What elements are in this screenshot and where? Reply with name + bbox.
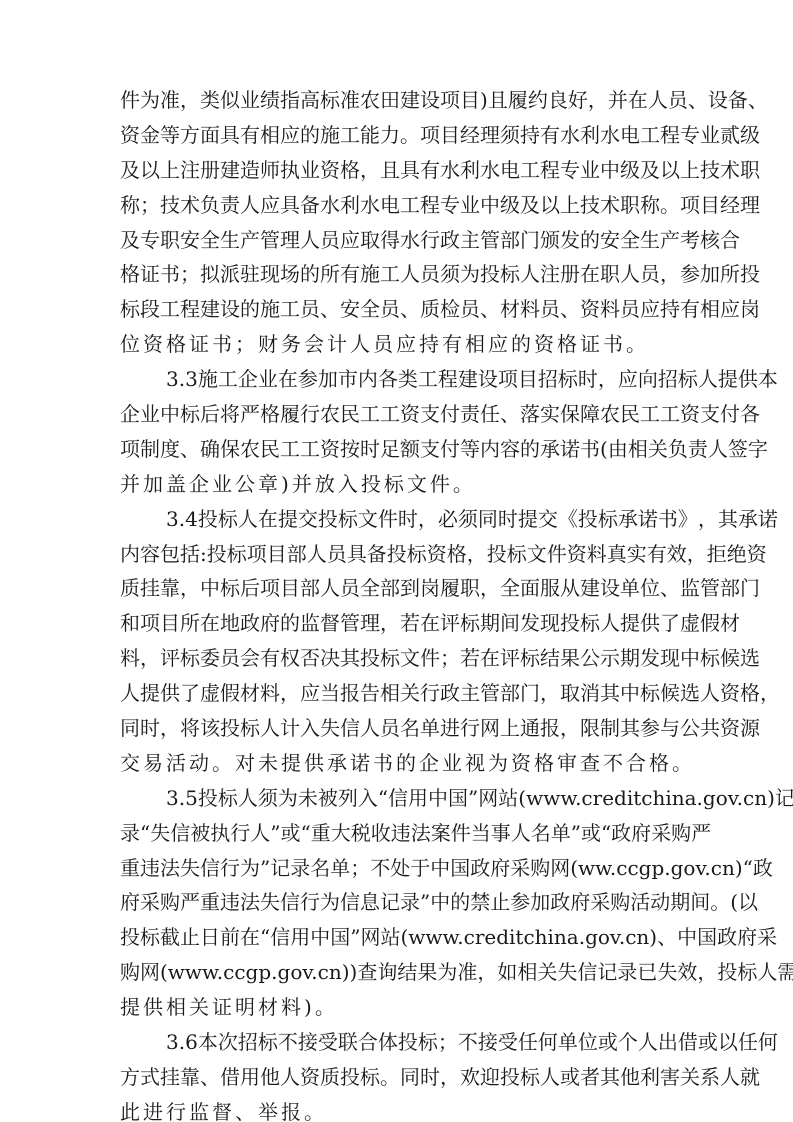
text-line: 3.4投标人在提交投标文件时，必须同时提交《投标承诺书》，其承诺 (120, 502, 673, 537)
document-body: 件为准，类似业绩指高标准农田建设项目)且履约良好，并在人员、设备、资金等方面具有… (120, 83, 673, 1122)
text-line: 企业中标后将严格履行农民工工资支付责任、落实保障农民工工资支付各 (120, 397, 673, 432)
document-page: 件为准，类似业绩指高标准农田建设项目)且履约良好，并在人员、设备、资金等方面具有… (0, 0, 793, 1122)
text-line: 投标截止日前在“信用中国”网站(www.creditchina.gov.cn)、… (120, 920, 673, 955)
text-line: 购网(www.ccgp.gov.cn))查询结果为准，如相关失信记录已失效，投标… (120, 955, 673, 990)
text-line: 内容包括:投标项目部人员具备投标资格，投标文件资料真实有效，拒绝资 (120, 537, 673, 572)
text-line: 及以上注册建造师执业资格，且具有水利水电工程专业中级及以上技术职 (120, 153, 673, 188)
text-line: 件为准，类似业绩指高标准农田建设项目)且履约良好，并在人员、设备、 (120, 83, 673, 118)
text-line: 3.6本次招标不接受联合体投标；不接受任何单位或个人出借或以任何 (120, 1025, 673, 1060)
text-line: 及专职安全生产管理人员应取得水行政主管部门颁发的安全生产考核合 (120, 223, 673, 258)
text-line: 项制度、确保农民工工资按时足额支付等内容的承诺书(由相关负责人签字 (120, 432, 673, 467)
text-line: 并加盖企业公章)并放入投标文件。 (120, 467, 673, 502)
text-line: 3.5投标人须为未被列入“信用中国”网站(www.creditchina.gov… (120, 781, 673, 816)
text-line: 府采购严重违法失信行为信息记录”中的禁止参加政府采购活动期间。(以 (120, 885, 673, 920)
paragraph-3-3: 3.3施工企业在参加市内各类工程建设项目招标时，应向招标人提供本企业中标后将严格… (120, 362, 673, 502)
paragraph-3-5: 3.5投标人须为未被列入“信用中国”网站(www.creditchina.gov… (120, 781, 673, 1025)
text-line: 质挂靠，中标后项目部人员全部到岗履职，全面服从建设单位、监管部门 (120, 571, 673, 606)
text-line: 同时，将该投标人计入失信人员名单进行网上通报，限制其参与公共资源 (120, 711, 673, 746)
text-line: 和项目所在地政府的监督管理，若在评标期间发现投标人提供了虚假材 (120, 606, 673, 641)
text-line: 称；技术负责人应具备水利水电工程专业中级及以上技术职称。项目经理 (120, 188, 673, 223)
text-line: 交易活动。对未提供承诺书的企业视为资格审查不合格。 (120, 746, 673, 781)
text-line: 提供相关证明材料)。 (120, 990, 673, 1025)
paragraph-continued: 件为准，类似业绩指高标准农田建设项目)且履约良好，并在人员、设备、资金等方面具有… (120, 83, 673, 362)
text-line: 录“失信被执行人”或“重大税收违法案件当事人名单”或“政府采购严 (120, 816, 673, 851)
text-line: 此进行监督、举报。 (120, 1095, 673, 1122)
paragraph-3-6: 3.6本次招标不接受联合体投标；不接受任何单位或个人出借或以任何方式挂靠、借用他… (120, 1025, 673, 1122)
paragraph-3-4: 3.4投标人在提交投标文件时，必须同时提交《投标承诺书》，其承诺内容包括:投标项… (120, 502, 673, 781)
text-line: 人提供了虚假材料，应当报告相关行政主管部门，取消其中标候选人资格， (120, 676, 673, 711)
text-line: 重违法失信行为”记录名单；不处于中国政府采购网(ww.ccgp.gov.cn)“… (120, 851, 673, 886)
text-line: 方式挂靠、借用他人资质投标。同时，欢迎投标人或者其他利害关系人就 (120, 1060, 673, 1095)
text-line: 料，评标委员会有权否决其投标文件；若在评标结果公示期发现中标候选 (120, 641, 673, 676)
text-line: 格证书；拟派驻现场的所有施工人员须为投标人注册在职人员，参加所投 (120, 257, 673, 292)
text-line: 资金等方面具有相应的施工能力。项目经理须持有水利水电工程专业贰级 (120, 118, 673, 153)
text-line: 位资格证书；财务会计人员应持有相应的资格证书。 (120, 327, 673, 362)
text-line: 标段工程建设的施工员、安全员、质检员、材料员、资料员应持有相应岗 (120, 292, 673, 327)
text-line: 3.3施工企业在参加市内各类工程建设项目招标时，应向招标人提供本 (120, 362, 673, 397)
